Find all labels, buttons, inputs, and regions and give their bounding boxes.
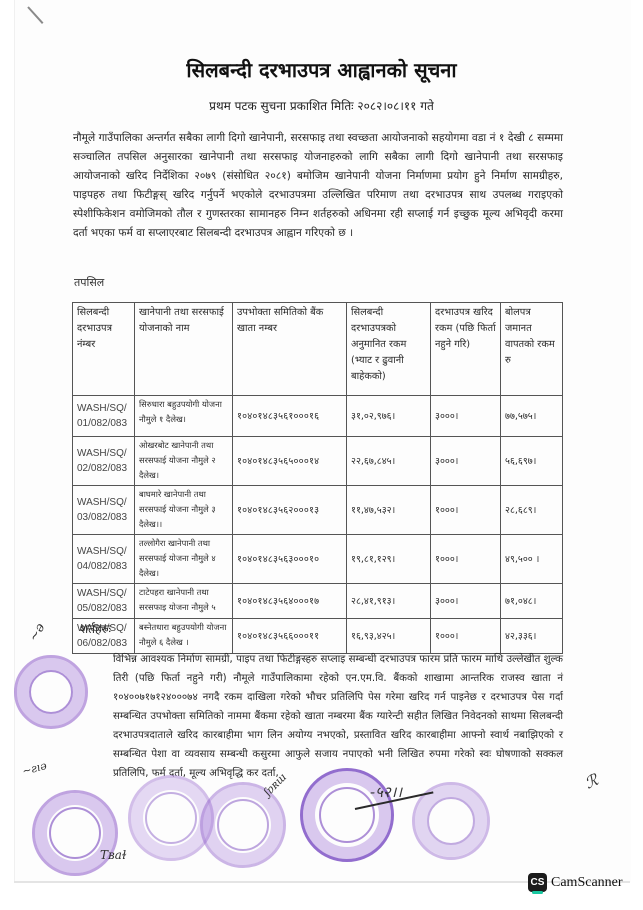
purchase-fee-cell: १०००। [431, 619, 501, 654]
bid-security-cell: ७७,५७५। [501, 396, 563, 437]
tender-number-cell: WASH/SQ/ 01/082/083 [73, 396, 135, 437]
intro-paragraph: नौमूले गाउँपालिका अन्तर्गत सबैका लागी दि… [73, 129, 563, 243]
table-row: WASH/SQ/ 01/082/083 सिरुधारा बहुउपयोगी य… [73, 396, 563, 437]
header-purchase-fee: दरभाउपत्र खरिद रकम (पछि फिर्ता नहुने गरि… [431, 303, 501, 396]
publication-date-line: प्रथम पटक सुचना प्रकाशित मितिः २०८२।०८।१… [0, 97, 643, 114]
estimated-amount-cell: १६,९३,४२५। [347, 619, 431, 654]
header-scheme-name: खानेपानी तथा सरसफाई योजनाको नाम [135, 303, 233, 396]
scheme-name-cell: बाघमारे खानेपानी तथा सरसफाई योजना नौमुले… [135, 486, 233, 535]
table-row: WASH/SQ/ 05/082/083 टाटेपहरा खानेपानी तथ… [73, 584, 563, 619]
bank-account-cell: १०४०१४८३५६१०००१६ [233, 396, 347, 437]
tender-number-cell: WASH/SQ/ 05/082/083 [73, 584, 135, 619]
seal-stamp-icon [14, 655, 88, 729]
table-row: WASH/SQ/ 03/082/083 बाघमारे खानेपानी तथा… [73, 486, 563, 535]
tender-number-cell: WASH/SQ/ 02/082/083 [73, 437, 135, 486]
purchase-fee-cell: ३०००। [431, 437, 501, 486]
header-bid-security: बोलपत्र जमानत वापतको रकम रु [501, 303, 563, 396]
purchase-fee-cell: १०००। [431, 535, 501, 584]
header-estimated-amount: सिलबन्दी दरभाउपत्रको अनुमानित रकम (भ्याट… [347, 303, 431, 396]
bank-account-cell: १०४०१४८३५६२०००१३ [233, 486, 347, 535]
seal-stamp-icon [32, 790, 118, 876]
table-row: WASH/SQ/ 04/082/083 तल्लोगैरा खानेपानी त… [73, 535, 563, 584]
scheme-name-cell: बस्नेतधारा बहुउपयोगी योजना नौमुले ६ दैले… [135, 619, 233, 654]
tender-number-cell: WASH/SQ/ 04/082/083 [73, 535, 135, 584]
tender-schedule-table: सिलबन्दी दरभाउपत्र नंम्बर खानेपानी तथा स… [72, 302, 563, 654]
estimated-amount-cell: ११,४७,५३२। [347, 486, 431, 535]
table-header-row: सिलबन्दी दरभाउपत्र नंम्बर खानेपानी तथा स… [73, 303, 563, 396]
schedule-label: तपसिल [74, 275, 104, 290]
bid-security-cell: ४९,५०० । [501, 535, 563, 584]
table-row: WASH/SQ/ 06/082/083 बस्नेतधारा बहुउपयोगी… [73, 619, 563, 654]
estimated-amount-cell: १९,८१,१२९। [347, 535, 431, 584]
conditions-heading: शर्तहरुः [80, 620, 111, 637]
bid-security-cell: ४२,३३६। [501, 619, 563, 654]
bank-account-cell: १०४०१४८३५६३०००१० [233, 535, 347, 584]
table-row: WASH/SQ/ 02/082/083 ओखरबोट खानेपानी तथा … [73, 437, 563, 486]
bank-account-cell: १०४०१४८३५६६०००११ [233, 619, 347, 654]
tender-number-cell: WASH/SQ/ 03/082/083 [73, 486, 135, 535]
bank-account-cell: १०४०१४८३५६४०००१७ [233, 584, 347, 619]
conditions-paragraph: विभिन्न आवश्यक निर्माण सामग्री, पाइप तथा… [113, 650, 563, 783]
notice-title: सिलबन्दी दरभाउपत्र आह्वानको सूचना [0, 56, 643, 83]
scheme-name-cell: ओखरबोट खानेपानी तथा सरसफाई योजना नौमुले … [135, 437, 233, 486]
scheme-name-cell: टाटेपहरा खानेपानी तथा सरसफाइ योजना नौमुल… [135, 584, 233, 619]
signature-mark: Tʙaɫ [100, 848, 126, 862]
bid-security-cell: ५६,६९७। [501, 437, 563, 486]
header-tender-number: सिलबन्दी दरभाउपत्र नंम्बर [73, 303, 135, 396]
estimated-amount-cell: २२,६७,८४५। [347, 437, 431, 486]
bank-account-cell: १०४०१४८३५६५०००१४ [233, 437, 347, 486]
camscanner-logo-icon: CS [528, 873, 547, 892]
purchase-fee-cell: १०००। [431, 486, 501, 535]
scheme-name-cell: सिरुधारा बहुउपयोगी योजना नौमुले १ दैलेख। [135, 396, 233, 437]
purchase-fee-cell: ३०००। [431, 584, 501, 619]
bid-security-cell: २८,६८९। [501, 486, 563, 535]
estimated-amount-cell: २८,४१,९१३। [347, 584, 431, 619]
camscanner-label: CamScanner [551, 875, 623, 891]
estimated-amount-cell: ३१,०२,९७६। [347, 396, 431, 437]
bid-security-cell: ७१,०४८। [501, 584, 563, 619]
camscanner-watermark: CS CamScanner [528, 873, 623, 892]
scheme-name-cell: तल्लोगैरा खानेपानी तथा सरसफाई योजना नौमु… [135, 535, 233, 584]
header-bank-account: उपभोक्ता समितिको बैंक खाता नम्बर [233, 303, 347, 396]
purchase-fee-cell: ३०००। [431, 396, 501, 437]
